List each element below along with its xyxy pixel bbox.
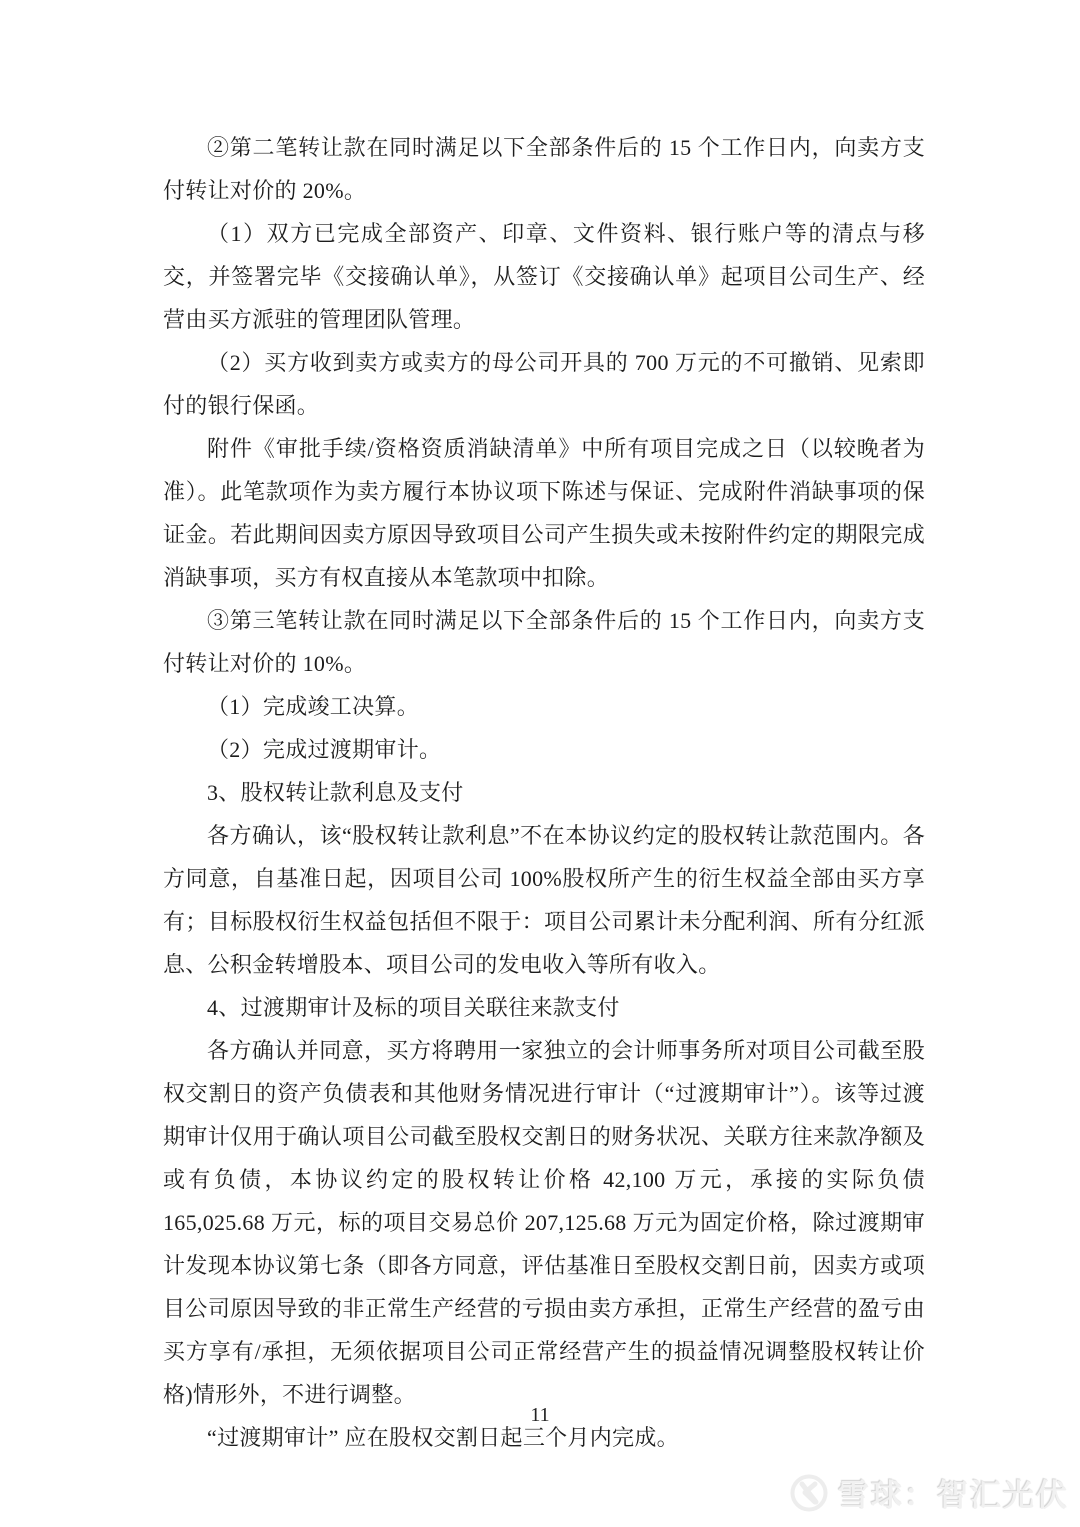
paragraph-payment-2nd: ②第二笔转让款在同时满足以下全部条件后的 15 个工作日内，向卖方支付转让对价的…: [163, 126, 925, 212]
paragraph-condition-2: （2）买方收到卖方或卖方的母公司开具的 700 万元的不可撤销、见索即付的银行保…: [163, 341, 925, 427]
document-page: ②第二笔转让款在同时满足以下全部条件后的 15 个工作日内，向卖方支付转让对价的…: [0, 0, 1080, 1527]
paragraph-condition-1: （1）双方已完成全部资产、印章、文件资料、银行账户等的清点与移交，并签署完毕《交…: [163, 212, 925, 341]
paragraph-payment-3rd: ③第三笔转让款在同时满足以下全部条件后的 15 个工作日内，向卖方支付转让对价的…: [163, 599, 925, 685]
watermark-text: 雪球：智汇光伏: [838, 1470, 1069, 1515]
paragraph-interest-confirm: 各方确认，该“股权转让款利息”不在本协议约定的股权转让款范围内。各方同意，自基准…: [163, 814, 925, 986]
paragraph-final-settlement: （1）完成竣工决算。: [163, 685, 925, 728]
paragraph-transition-audit-item: （2）完成过渡期审计。: [163, 728, 925, 771]
page-number: 11: [530, 1404, 549, 1426]
page-footer: 11: [0, 1404, 1080, 1427]
paragraph-annex-guarantee: 附件《审批手续/资格资质消缺清单》中所有项目完成之日（以较晚者为准）。此笔款项作…: [163, 427, 925, 599]
heading-interest-payment: 3、股权转让款利息及支付: [163, 771, 925, 814]
watermark: 雪球：智汇光伏: [789, 1470, 1069, 1515]
document-body: ②第二笔转让款在同时满足以下全部条件后的 15 个工作日内，向卖方支付转让对价的…: [163, 126, 925, 1459]
xueqiu-logo-icon: [789, 1473, 829, 1513]
heading-transition-audit: 4、过渡期审计及标的项目关联往来款支付: [163, 986, 925, 1029]
paragraph-audit-detail: 各方确认并同意，买方将聘用一家独立的会计师事务所对项目公司截至股权交割日的资产负…: [163, 1029, 925, 1416]
